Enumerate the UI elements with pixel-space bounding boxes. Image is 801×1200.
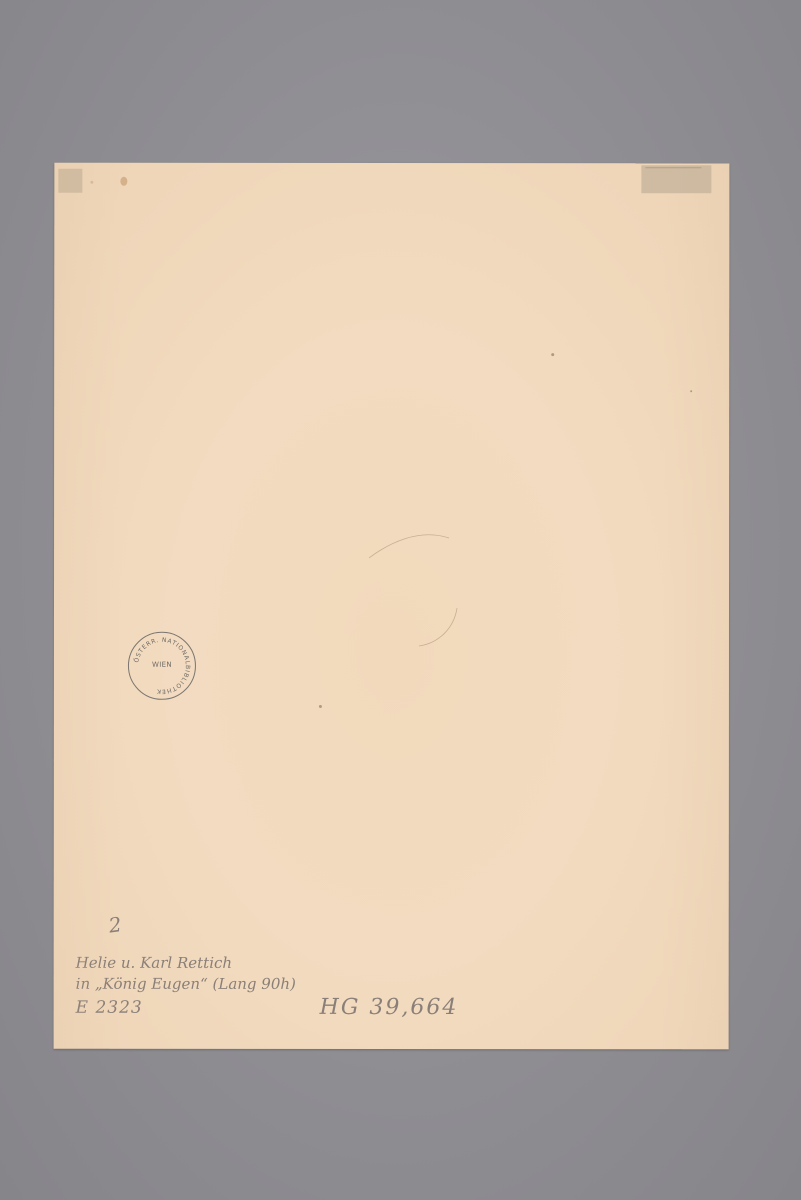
- tape-residue-top-left: [58, 169, 82, 193]
- stamp-center-text: WIEN: [129, 661, 195, 669]
- stain-spot: [120, 177, 127, 186]
- caption-line-2: in „König Eugen“ (Lang 90h): [76, 975, 296, 993]
- tape-residue-top-right: [641, 165, 711, 193]
- stain-spot: [90, 181, 93, 184]
- paper-sheet: ÖSTERR. NATIONALBIBLIOTHEK WIEN 2 Helie …: [54, 163, 730, 1050]
- dirt-speck: [551, 353, 554, 356]
- dirt-speck: [690, 390, 692, 392]
- caption-line-1: Helie u. Karl Rettich: [76, 954, 232, 972]
- library-stamp: ÖSTERR. NATIONALBIBLIOTHEK WIEN: [128, 632, 196, 700]
- collection-number: HG 39,664: [320, 995, 459, 1020]
- item-number: 2: [107, 912, 123, 938]
- inventory-code: E 2323: [76, 998, 143, 1018]
- faint-pencil-trace: [359, 518, 469, 648]
- dirt-speck: [319, 705, 322, 708]
